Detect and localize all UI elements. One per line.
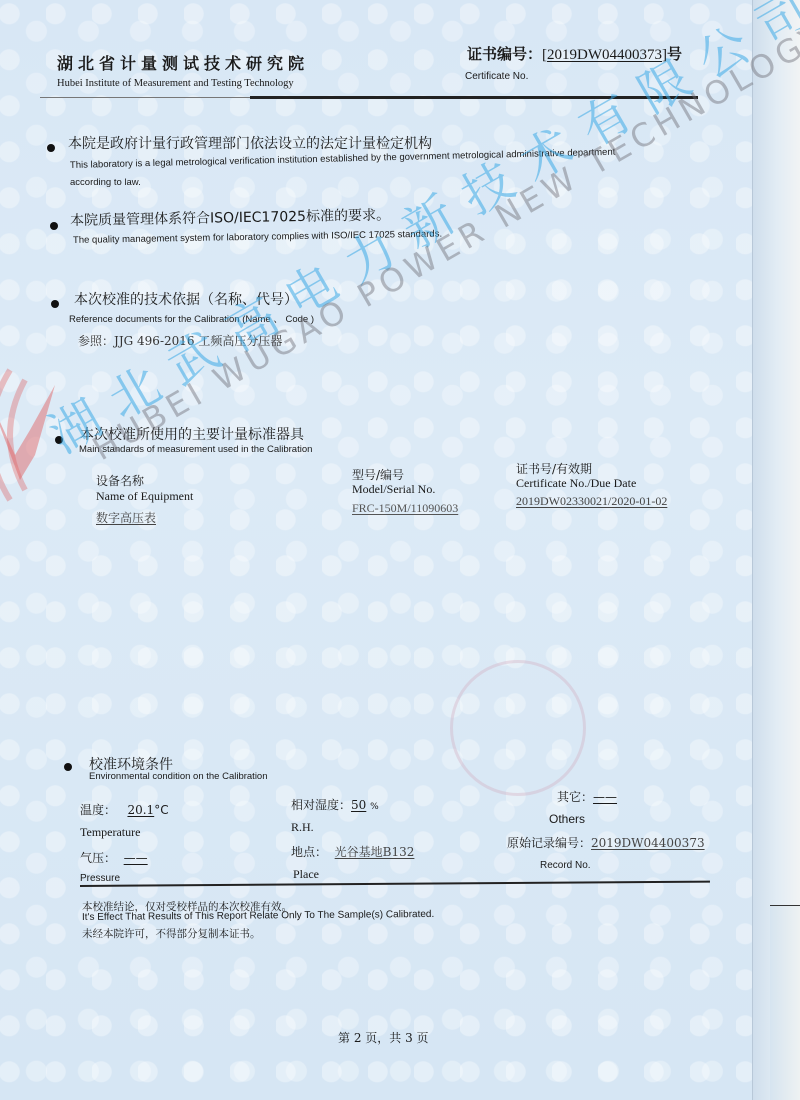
others-field: 其它：—— [557, 788, 617, 805]
certificate-suffix: 号 [667, 45, 682, 63]
others-label-en: Others [549, 812, 585, 826]
temperature-unit: °C [154, 803, 168, 817]
bullet [64, 763, 72, 771]
reference-label: 参照： [78, 334, 114, 348]
column-header-cert-cn: 证书号/有效期 [516, 460, 592, 477]
institute-name-en: Hubei Institute of Measurement and Testi… [57, 78, 294, 89]
reference-document: JJG 496-2016 工频高压分压器 [114, 334, 282, 348]
reference-title-cn: 本次校准的技术依据（名称、代号） [74, 289, 298, 309]
header-rule-left [40, 97, 250, 98]
statement-1-cn: 本院是政府计量行政管理部门依法设立的法定计量检定机构 [68, 133, 432, 153]
pressure-label: 气压： [80, 851, 116, 865]
certificate-label-en: Certificate No. [465, 71, 528, 82]
equipment-name: 数字高压表 [96, 509, 156, 526]
temperature-label-en: Temperature [80, 825, 140, 840]
pressure-field: 气压： —— [80, 849, 148, 866]
humidity-unit: % [370, 802, 379, 812]
certificate-number-value: 2019DW04400373 [547, 47, 662, 63]
record-label: 原始记录编号： [507, 836, 591, 850]
certificate-number: 证书编号：[2019DW04400373]号 [467, 43, 682, 64]
reference-title-en: Reference documents for the Calibration … [69, 311, 314, 325]
humidity-label-en: R.H. [291, 820, 314, 835]
record-label-en: Record No. [540, 860, 591, 871]
place-field: 地点： 光谷基地B132 [291, 843, 414, 860]
place-value: 光谷基地B132 [335, 845, 415, 859]
company-logo-watermark [0, 360, 80, 510]
others-value: —— [593, 790, 617, 804]
column-header-model-cn: 型号/编号 [352, 466, 404, 483]
humidity-label: 相对湿度： [291, 798, 351, 812]
place-label-en: Place [293, 867, 319, 882]
environment-title-en: Environmental condition on the Calibrati… [89, 771, 268, 782]
column-header-name-en: Name of Equipment [96, 489, 193, 504]
page-number: 第 2 页，共 3 页 [338, 1029, 429, 1046]
bullet [50, 222, 58, 230]
place-label: 地点： [291, 845, 327, 859]
others-label: 其它： [557, 790, 593, 804]
official-seal-faded [450, 660, 586, 796]
temperature-value: 20.1 [127, 803, 154, 817]
statement-1-en-line2: according to law. [70, 177, 141, 188]
standards-title-en: Main standards of measurement used in th… [79, 444, 312, 455]
pressure-label-en: Pressure [80, 873, 120, 884]
note-copy-restriction: 未经本院许可，不得部分复制本证书。 [82, 926, 261, 941]
temperature-field: 温度： 20.1°C [80, 801, 169, 818]
page-edge-fold [770, 905, 800, 1100]
equipment-model: FRC-150M/11090603 [352, 501, 458, 516]
humidity-field: 相对湿度：50 % [291, 796, 379, 813]
certificate-label-cn: 证书编号： [467, 45, 542, 63]
header-rule [250, 96, 698, 99]
reference-value: 参照：JJG 496-2016 工频高压分压器 [78, 332, 282, 349]
equipment-certificate: 2019DW02330021/2020-01-02 [516, 494, 667, 509]
bullet [47, 144, 55, 152]
temperature-label: 温度： [80, 803, 116, 817]
institute-name-cn: 湖北省计量测试技术研究院 [57, 51, 309, 74]
record-field: 原始记录编号：2019DW04400373 [507, 834, 705, 851]
pressure-value: —— [124, 851, 148, 865]
bullet [51, 300, 59, 308]
record-value: 2019DW04400373 [591, 836, 705, 850]
bullet [55, 436, 63, 444]
column-header-model-en: Model/Serial No. [352, 482, 435, 497]
humidity-value: 50 [351, 798, 366, 812]
column-header-name-cn: 设备名称 [96, 472, 144, 489]
column-header-cert-en: Certificate No./Due Date [516, 476, 636, 491]
standards-title-cn: 本次校准所使用的主要计量标准器具 [80, 424, 304, 444]
